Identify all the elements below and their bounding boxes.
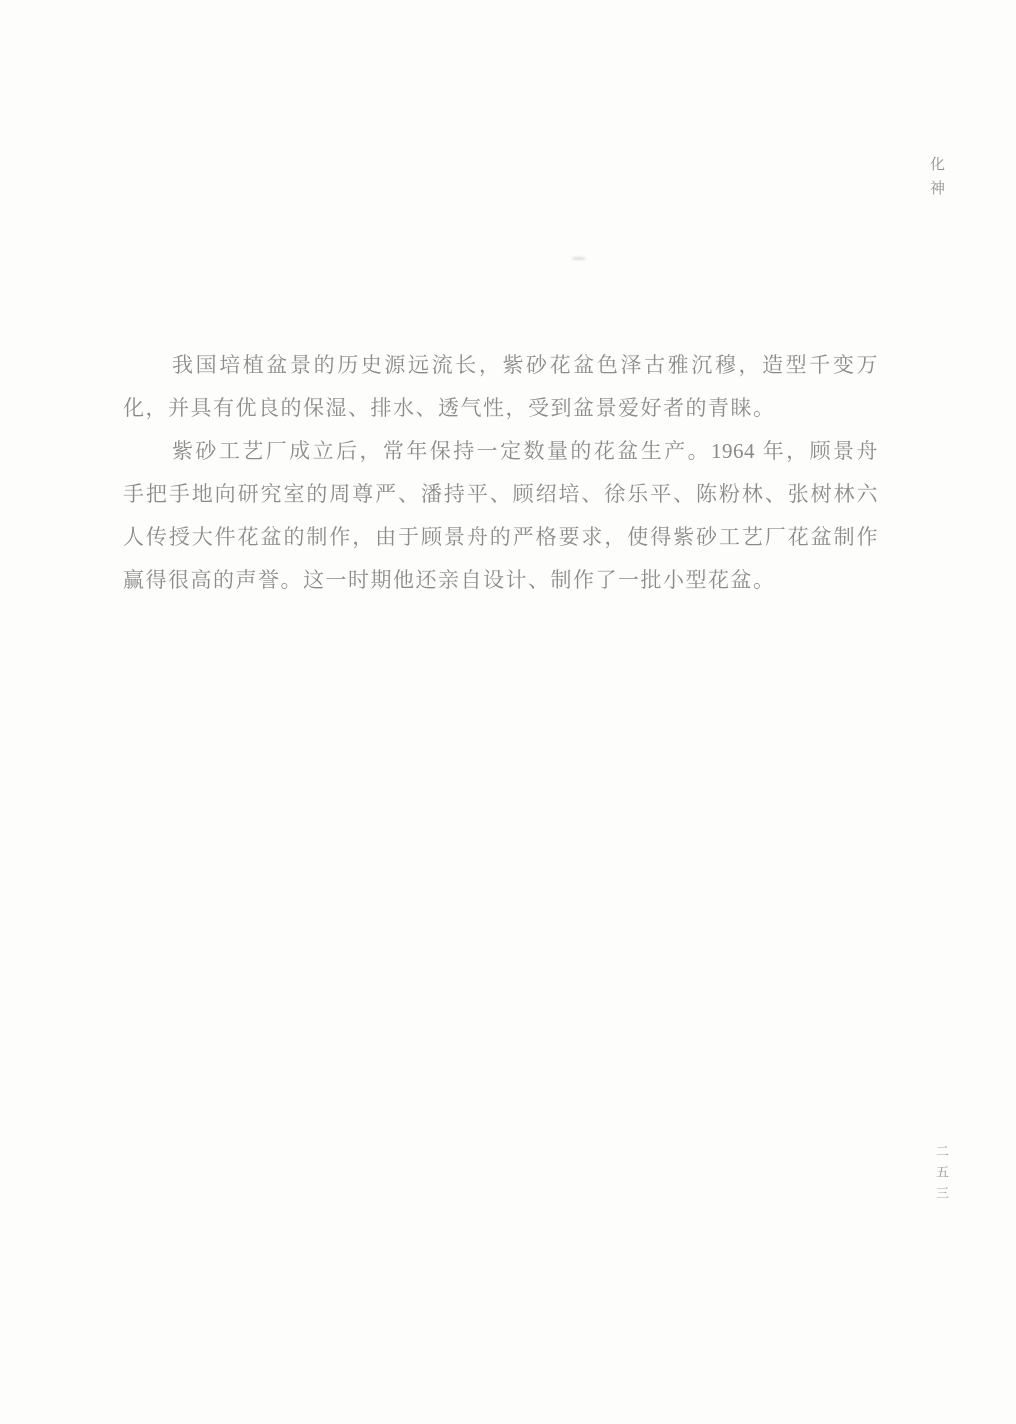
- body-line: 赢得很高的声誉。这一时期他还亲自设计、制作了一批小型花盆。: [123, 559, 878, 602]
- book-page: 化神 我国培植盆景的历史源远流长，紫砂花盆色泽古雅沉穆，造型千变万 化，并具有优…: [0, 0, 1016, 1424]
- scan-artifact: [572, 257, 586, 260]
- body-line: 紫砂工艺厂成立后，常年保持一定数量的花盆生产。1964 年，顾景舟: [123, 430, 878, 473]
- body-line: 手把手地向研究室的周尊严、潘持平、顾绍培、徐乐平、陈粉林、张树林六: [123, 473, 878, 516]
- body-line: 人传授大件花盆的制作，由于顾景舟的严格要求，使得紫砂工艺厂花盆制作: [123, 516, 878, 559]
- body-line: 化，并具有优良的保湿、排水、透气性，受到盆景爱好者的青睐。: [123, 387, 878, 430]
- page-number-vertical: 二五三: [932, 1144, 951, 1207]
- body-line: 我国培植盆景的历史源远流长，紫砂花盆色泽古雅沉穆，造型千变万: [123, 344, 878, 387]
- body-text-block: 我国培植盆景的历史源远流长，紫砂花盆色泽古雅沉穆，造型千变万 化，并具有优良的保…: [123, 344, 878, 602]
- running-head-vertical: 化神: [926, 156, 947, 204]
